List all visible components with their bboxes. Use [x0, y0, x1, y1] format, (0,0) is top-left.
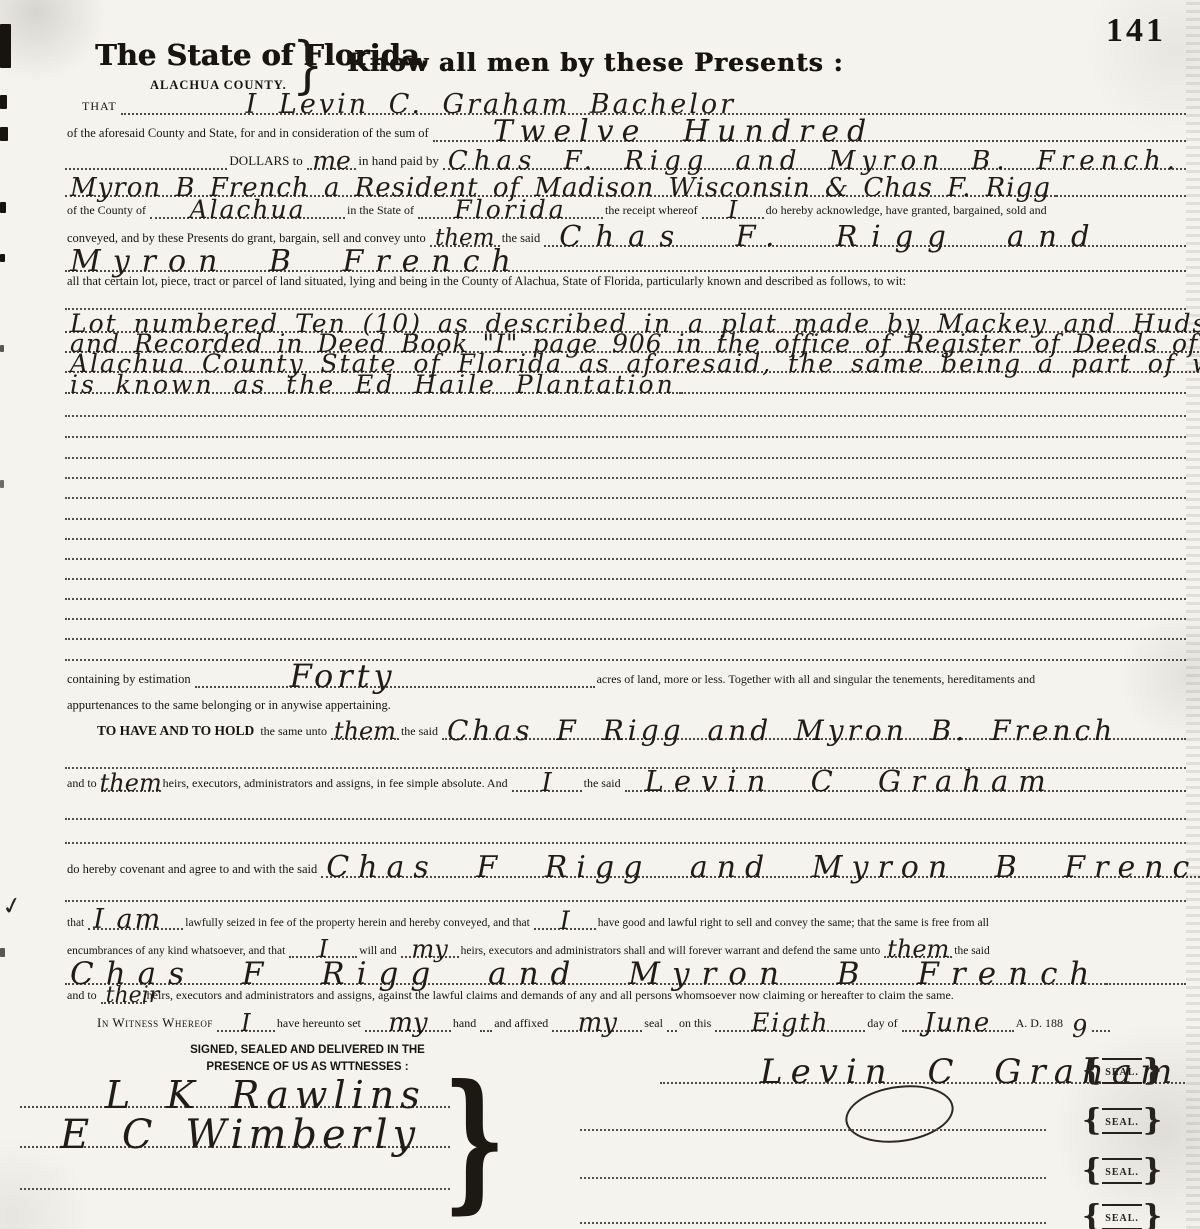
acknowledge-label: do hereby acknowledge, have granted, bar…	[764, 203, 1051, 219]
habendum-unto-field: them	[331, 725, 399, 740]
containing-label: containing by estimation	[65, 672, 195, 688]
that-label-2: that	[65, 917, 88, 930]
seal-brace-left: {	[1082, 1058, 1101, 1084]
county-label: of the County of	[65, 203, 150, 219]
heirs-entry: them	[95, 777, 167, 790]
ruled-line	[65, 558, 1186, 560]
my-seal-field: my	[552, 1016, 642, 1032]
description-entry: is known as the Ed Haile Plantation	[65, 378, 681, 392]
seal-word-label: seal	[642, 1016, 667, 1032]
aforesaid-label: of the aforesaid County and State, for a…	[65, 126, 433, 142]
habendum-unto-entry: them	[329, 725, 401, 738]
blank-fill	[681, 392, 1186, 394]
heirs-line: and to them heirs, executors, administra…	[65, 762, 1186, 792]
seal-stamp: { SEAL. }	[1082, 1108, 1162, 1134]
seal-stamp: { SEAL. }	[1082, 1158, 1162, 1184]
receipt-field: I	[702, 204, 764, 219]
hand-label: hand	[451, 1016, 480, 1032]
ruled-line	[580, 1222, 1046, 1224]
scan-artifact	[0, 254, 5, 262]
witness-signature-line-2: E C Wimberly	[20, 1110, 450, 1148]
to-entry: me	[307, 154, 356, 168]
page-number: 141	[1106, 12, 1166, 50]
county-entry: Alachua	[184, 203, 310, 217]
ruled-line	[65, 415, 1186, 417]
description-entry: Alachua County State of Florida as afore…	[65, 357, 1200, 371]
witness-i-entry: I	[236, 1017, 255, 1030]
ruled-line	[65, 457, 1186, 459]
covenant-label: do hereby covenant and agree to and with…	[65, 862, 321, 878]
warrant-grantees-line: Chas F Rigg and Myron B French	[65, 952, 1186, 985]
receipt-label: the receipt whereof	[603, 203, 702, 219]
seal-stamp: { SEAL. }	[1082, 1204, 1162, 1229]
on-this-label: on this	[677, 1016, 715, 1032]
blank-field	[480, 1030, 492, 1032]
grantor-name-entry: Levin C Graham	[640, 774, 1061, 790]
blank-fill	[1106, 983, 1186, 985]
seal-brace-left: {	[1082, 1158, 1101, 1184]
ruled-line	[65, 578, 1186, 580]
seal-label: SEAL.	[1105, 1167, 1139, 1178]
county-field: Alachua	[150, 203, 345, 219]
ruled-line	[65, 638, 1186, 640]
witness-signature-field: L K Rawlins	[20, 1085, 450, 1108]
witness-signature-1: L K Rawlins	[100, 1085, 431, 1106]
witness-heading: SIGNED, SEALED AND DELIVERED IN THE PRES…	[135, 1042, 480, 1075]
proclamation: Know all men by these Presents :	[347, 48, 844, 77]
seal-brace-left: {	[1082, 1204, 1101, 1229]
ruled-line	[65, 842, 1186, 844]
ruled-line	[65, 598, 1186, 600]
grantees-line-2: Myron B French	[65, 240, 1186, 272]
grantor-name-field: Levin C Graham	[625, 774, 1186, 792]
receipt-entry: I	[723, 204, 742, 217]
state-entry: Florida	[449, 203, 571, 217]
paid-by-entry: Chas F. Rigg and Myron B. French.	[443, 154, 1186, 168]
blank-field	[1092, 1030, 1110, 1032]
i-am-field: I am	[88, 913, 183, 930]
ruled-line	[65, 497, 1186, 499]
covenant-grantees-entry: Chas F Rigg and Myron B French	[321, 860, 1200, 877]
seal-brace-right: }	[1143, 1058, 1162, 1084]
premises-line: all that certain lot, piece, tract or pa…	[65, 274, 1186, 290]
scan-artifact	[0, 95, 7, 109]
scan-artifact	[0, 948, 5, 957]
seal-stamp: { SEAL. }	[1082, 1058, 1162, 1084]
same-unto-label: the same unto	[258, 724, 331, 740]
ruled-line	[580, 1177, 1046, 1179]
seized-label: lawfully seized in fee of the property h…	[183, 917, 534, 930]
sum-entry-field: Twelve Hundred	[433, 124, 1186, 143]
year-entry: 9	[1067, 1023, 1092, 1036]
heirs-label: heirs, executors, administrators and ass…	[161, 776, 512, 792]
claims-label: heirs, executors and administrators and …	[145, 988, 958, 1004]
ruled-line	[580, 1129, 1046, 1131]
claims-line: and to their heirs, executors and admini…	[65, 988, 1186, 1004]
grantor-signature-line: Levin C Graham	[660, 1048, 1046, 1084]
ruled-line	[65, 618, 1186, 620]
scan-artifact	[0, 127, 8, 141]
check-mark: ✓	[0, 890, 25, 922]
seized-i-field: I	[534, 914, 596, 930]
description-field: is known as the Ed Haile Plantation	[65, 378, 681, 394]
witness-label: In Witness Whereof	[95, 1015, 217, 1032]
seal-brace-right: }	[1143, 1158, 1162, 1184]
seal-brace-right: }	[1143, 1108, 1162, 1134]
habendum-line: TO HAVE AND TO HOLD the same unto them t…	[95, 712, 1186, 740]
witness-signature-field: E C Wimberly	[20, 1124, 450, 1148]
seal-brace-right: }	[1143, 1204, 1162, 1229]
affixed-label: and affixed	[492, 1016, 552, 1032]
ruled-line	[65, 477, 1186, 479]
seal-label: SEAL.	[1105, 1213, 1139, 1224]
and-to-label-2: and to	[65, 988, 101, 1004]
and-i-entry: I	[536, 776, 556, 790]
state-label: in the State of	[345, 203, 418, 219]
seized-i-entry: I	[555, 914, 575, 928]
month-field: June	[902, 1016, 1014, 1032]
that-label: THAT	[80, 99, 121, 115]
my-hand-field: my	[365, 1016, 451, 1032]
said-label-2: the said	[582, 776, 625, 792]
my-hand-entry: my	[383, 1016, 432, 1030]
seal-label: SEAL.	[1105, 1117, 1139, 1128]
dollars-line: DOLLARS to me in hand paid by Chas F. Ri…	[65, 142, 1186, 170]
hereunto-label: have hereunto set	[275, 1016, 365, 1032]
acres-entry: Forty	[285, 668, 401, 686]
seal-label: SEAL.	[1105, 1067, 1139, 1078]
witness-brace: }	[443, 1052, 506, 1228]
blank-field	[667, 1030, 677, 1032]
and-i-field: I	[512, 776, 582, 792]
consideration-line: of the aforesaid County and State, for a…	[65, 116, 1186, 142]
county-state-line: of the County of Alachua in the State of…	[65, 192, 1186, 219]
warrant-grantees-field: Chas F Rigg and Myron B French	[65, 966, 1106, 985]
day-entry: Eigth	[746, 1016, 834, 1030]
sum-entry: Twelve Hundred	[488, 124, 880, 141]
grantor-line: THAT I Levin C. Graham Bachelor	[80, 86, 1186, 115]
i-am-entry: I am	[88, 913, 167, 928]
heirs-field: them	[101, 777, 161, 792]
acres-field: Forty	[195, 668, 595, 688]
day-field: Eigth	[715, 1016, 865, 1032]
witness-signature-line-1: L K Rawlins	[20, 1072, 450, 1108]
grantees-entry-2: Myron B French	[65, 254, 528, 271]
ruled-line	[65, 659, 1186, 661]
ad-label: A. D. 188	[1014, 1016, 1067, 1032]
scan-artifact	[0, 480, 4, 488]
state-field: Florida	[418, 203, 603, 219]
scan-artifact	[0, 202, 6, 213]
ruled-line	[65, 518, 1186, 520]
deed-document-page: ✓ 141 The State of Florida, } ALACHUA CO…	[0, 0, 1200, 1229]
scan-artifact	[0, 345, 4, 352]
acres-label: acres of land, more or less. Together wi…	[595, 672, 1039, 688]
witness-signature-2: E C Wimberly	[55, 1124, 425, 1146]
grantees-field-2: Myron B French	[65, 254, 1186, 273]
habendum-grantees-field: Chas F Rigg and Myron B. French	[442, 723, 1186, 740]
witness-i-field: I	[217, 1017, 275, 1032]
my-seal-entry: my	[573, 1016, 622, 1030]
ruled-line	[65, 436, 1186, 438]
scan-artifact	[0, 24, 11, 68]
ruled-line	[65, 818, 1186, 820]
covenant-line: do hereby covenant and agree to and with…	[65, 846, 1186, 878]
covenant-grantees-field: Chas F Rigg and Myron B French	[321, 860, 1200, 879]
grantor-entry-field: I Levin C. Graham Bachelor	[121, 98, 1186, 115]
seal-brace-left: {	[1082, 1108, 1101, 1134]
ruled-line	[20, 1188, 450, 1190]
habendum-label: TO HAVE AND TO HOLD	[95, 723, 258, 740]
witness-line: In Witness Whereof I have hereunto set m…	[95, 1004, 1186, 1032]
witness-heading-line-1: SIGNED, SEALED AND DELIVERED IN THE	[135, 1042, 480, 1059]
right-label: have good and lawful right to sell and c…	[596, 917, 993, 930]
grantor-entry: I Levin C. Graham Bachelor	[241, 98, 741, 113]
warrant-grantees-entry: Chas F Rigg and Myron B French	[65, 966, 1106, 983]
ruled-line	[65, 538, 1186, 540]
their-field: their	[101, 990, 145, 1004]
description-line: is known as the Ed Haile Plantation	[65, 372, 1186, 394]
habendum-grantees-entry: Chas F Rigg and Myron B. French	[442, 723, 1121, 738]
scan-edge-noise	[1186, 0, 1200, 1229]
containing-line: containing by estimation Forty acres of …	[65, 662, 1186, 688]
day-of-label: day of	[865, 1016, 901, 1032]
premises-label: all that certain lot, piece, tract or pa…	[65, 274, 910, 290]
habendum-said-label: the said	[399, 724, 442, 740]
seized-line: that I am lawfully seized in fee of the …	[65, 900, 1186, 930]
month-entry: June	[919, 1016, 996, 1030]
